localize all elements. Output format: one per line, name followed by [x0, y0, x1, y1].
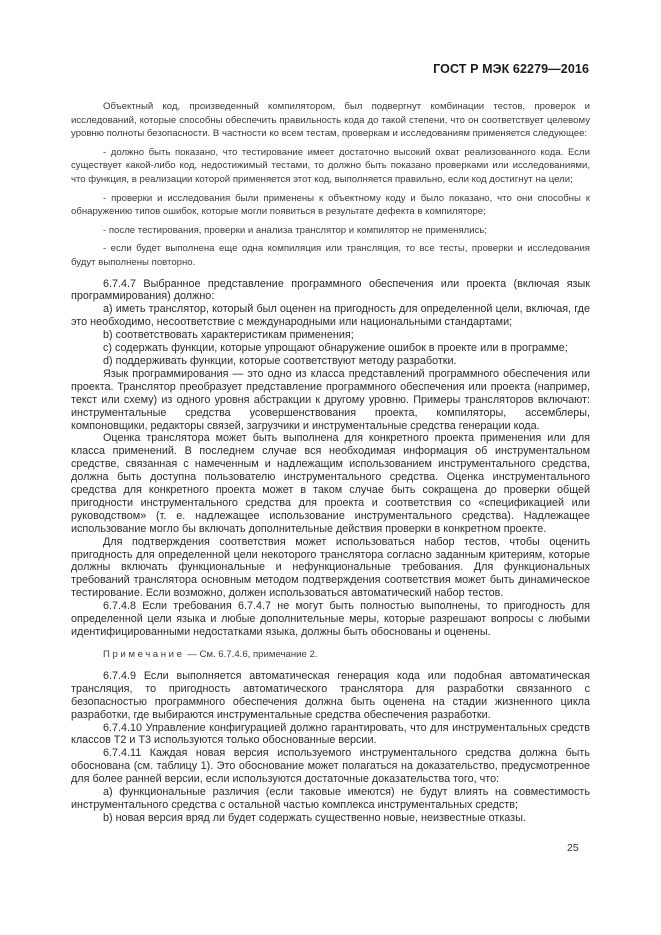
intro-list-item: - проверки и исследования были применены… [71, 192, 590, 219]
note-text: — См. 6.7.4.6, примечание 2. [185, 649, 318, 660]
intro-list-item: - после тестирования, проверки и анализа… [71, 224, 590, 238]
intro-paragraph: Объектный код, произведенный компиляторо… [71, 100, 590, 141]
list-item: d) поддерживать функции, которые соответ… [71, 355, 590, 368]
intro-list-item: - должно быть показано, что тестирование… [71, 146, 590, 187]
list-item: c) содержать функции, которые упрощают о… [71, 342, 590, 355]
intro-block: Объектный код, произведенный компиляторо… [71, 100, 590, 270]
note-label: Примечание [103, 649, 185, 660]
section-6-7-4-8: 6.7.4.8 Если требования 6.7.4.7 не могут… [71, 600, 590, 639]
document-page: ГОСТ Р МЭК 62279—2016 Объектный код, про… [0, 0, 661, 935]
paragraph: Оценка транслятора может быть выполнена … [71, 432, 590, 535]
paragraph: Для подтверждения соответствия может исп… [71, 536, 590, 601]
section-heading: 6.7.4.7 Выбранное представление программ… [71, 278, 590, 304]
list-item: b) новая версия вряд ли будет содержать … [71, 812, 590, 825]
page-number: 25 [567, 842, 579, 854]
note: Примечание — См. 6.7.4.6, примечание 2. [71, 648, 590, 661]
list-item: b) соответствовать характеристикам приме… [71, 329, 590, 342]
text-column: Объектный код, произведенный компиляторо… [71, 100, 590, 825]
section-6-7-4-7: 6.7.4.7 Выбранное представление программ… [71, 278, 590, 639]
intro-list-item: - если будет выполнена еще одна компиляц… [71, 242, 590, 269]
paragraph: Язык программирования — это одно из клас… [71, 368, 590, 433]
standard-header: ГОСТ Р МЭК 62279—2016 [433, 62, 589, 76]
section-6-7-4-10: 6.7.4.10 Управление конфигурацией должно… [71, 722, 590, 748]
sections-6-7-4-9-to-11: 6.7.4.9 Если выполняется автоматическая … [71, 670, 590, 825]
list-item: a) иметь транслятор, который был оценен … [71, 303, 590, 329]
list-item: a) функциональные различия (если таковые… [71, 786, 590, 812]
section-6-7-4-9: 6.7.4.9 Если выполняется автоматическая … [71, 670, 590, 722]
section-6-7-4-11: 6.7.4.11 Каждая новая версия используемо… [71, 747, 590, 786]
